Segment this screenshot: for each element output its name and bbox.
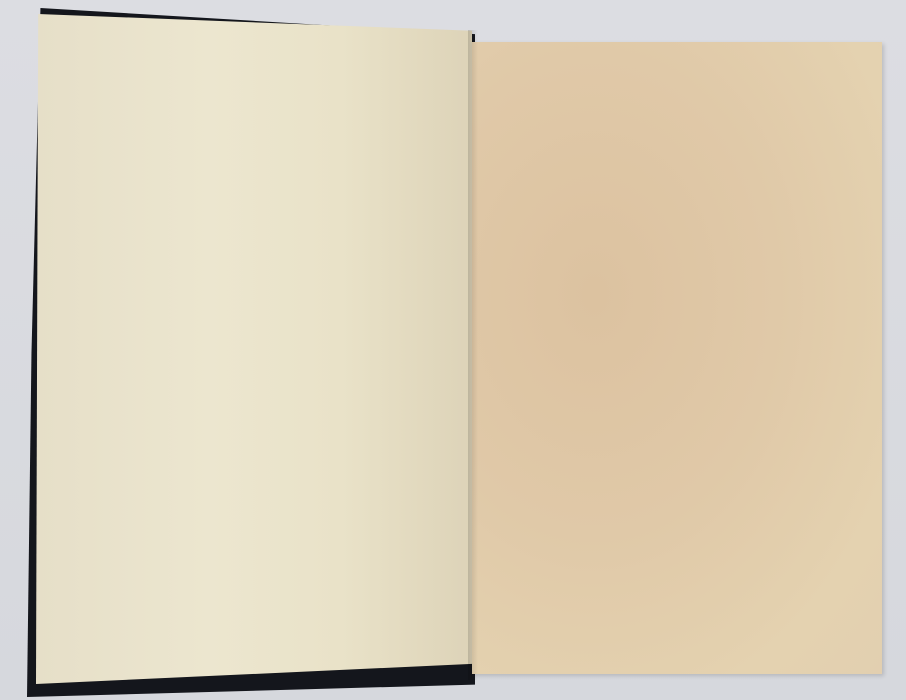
right-flyleaf-page xyxy=(472,42,882,674)
left-endpaper xyxy=(36,14,472,684)
book-gutter xyxy=(468,30,478,680)
